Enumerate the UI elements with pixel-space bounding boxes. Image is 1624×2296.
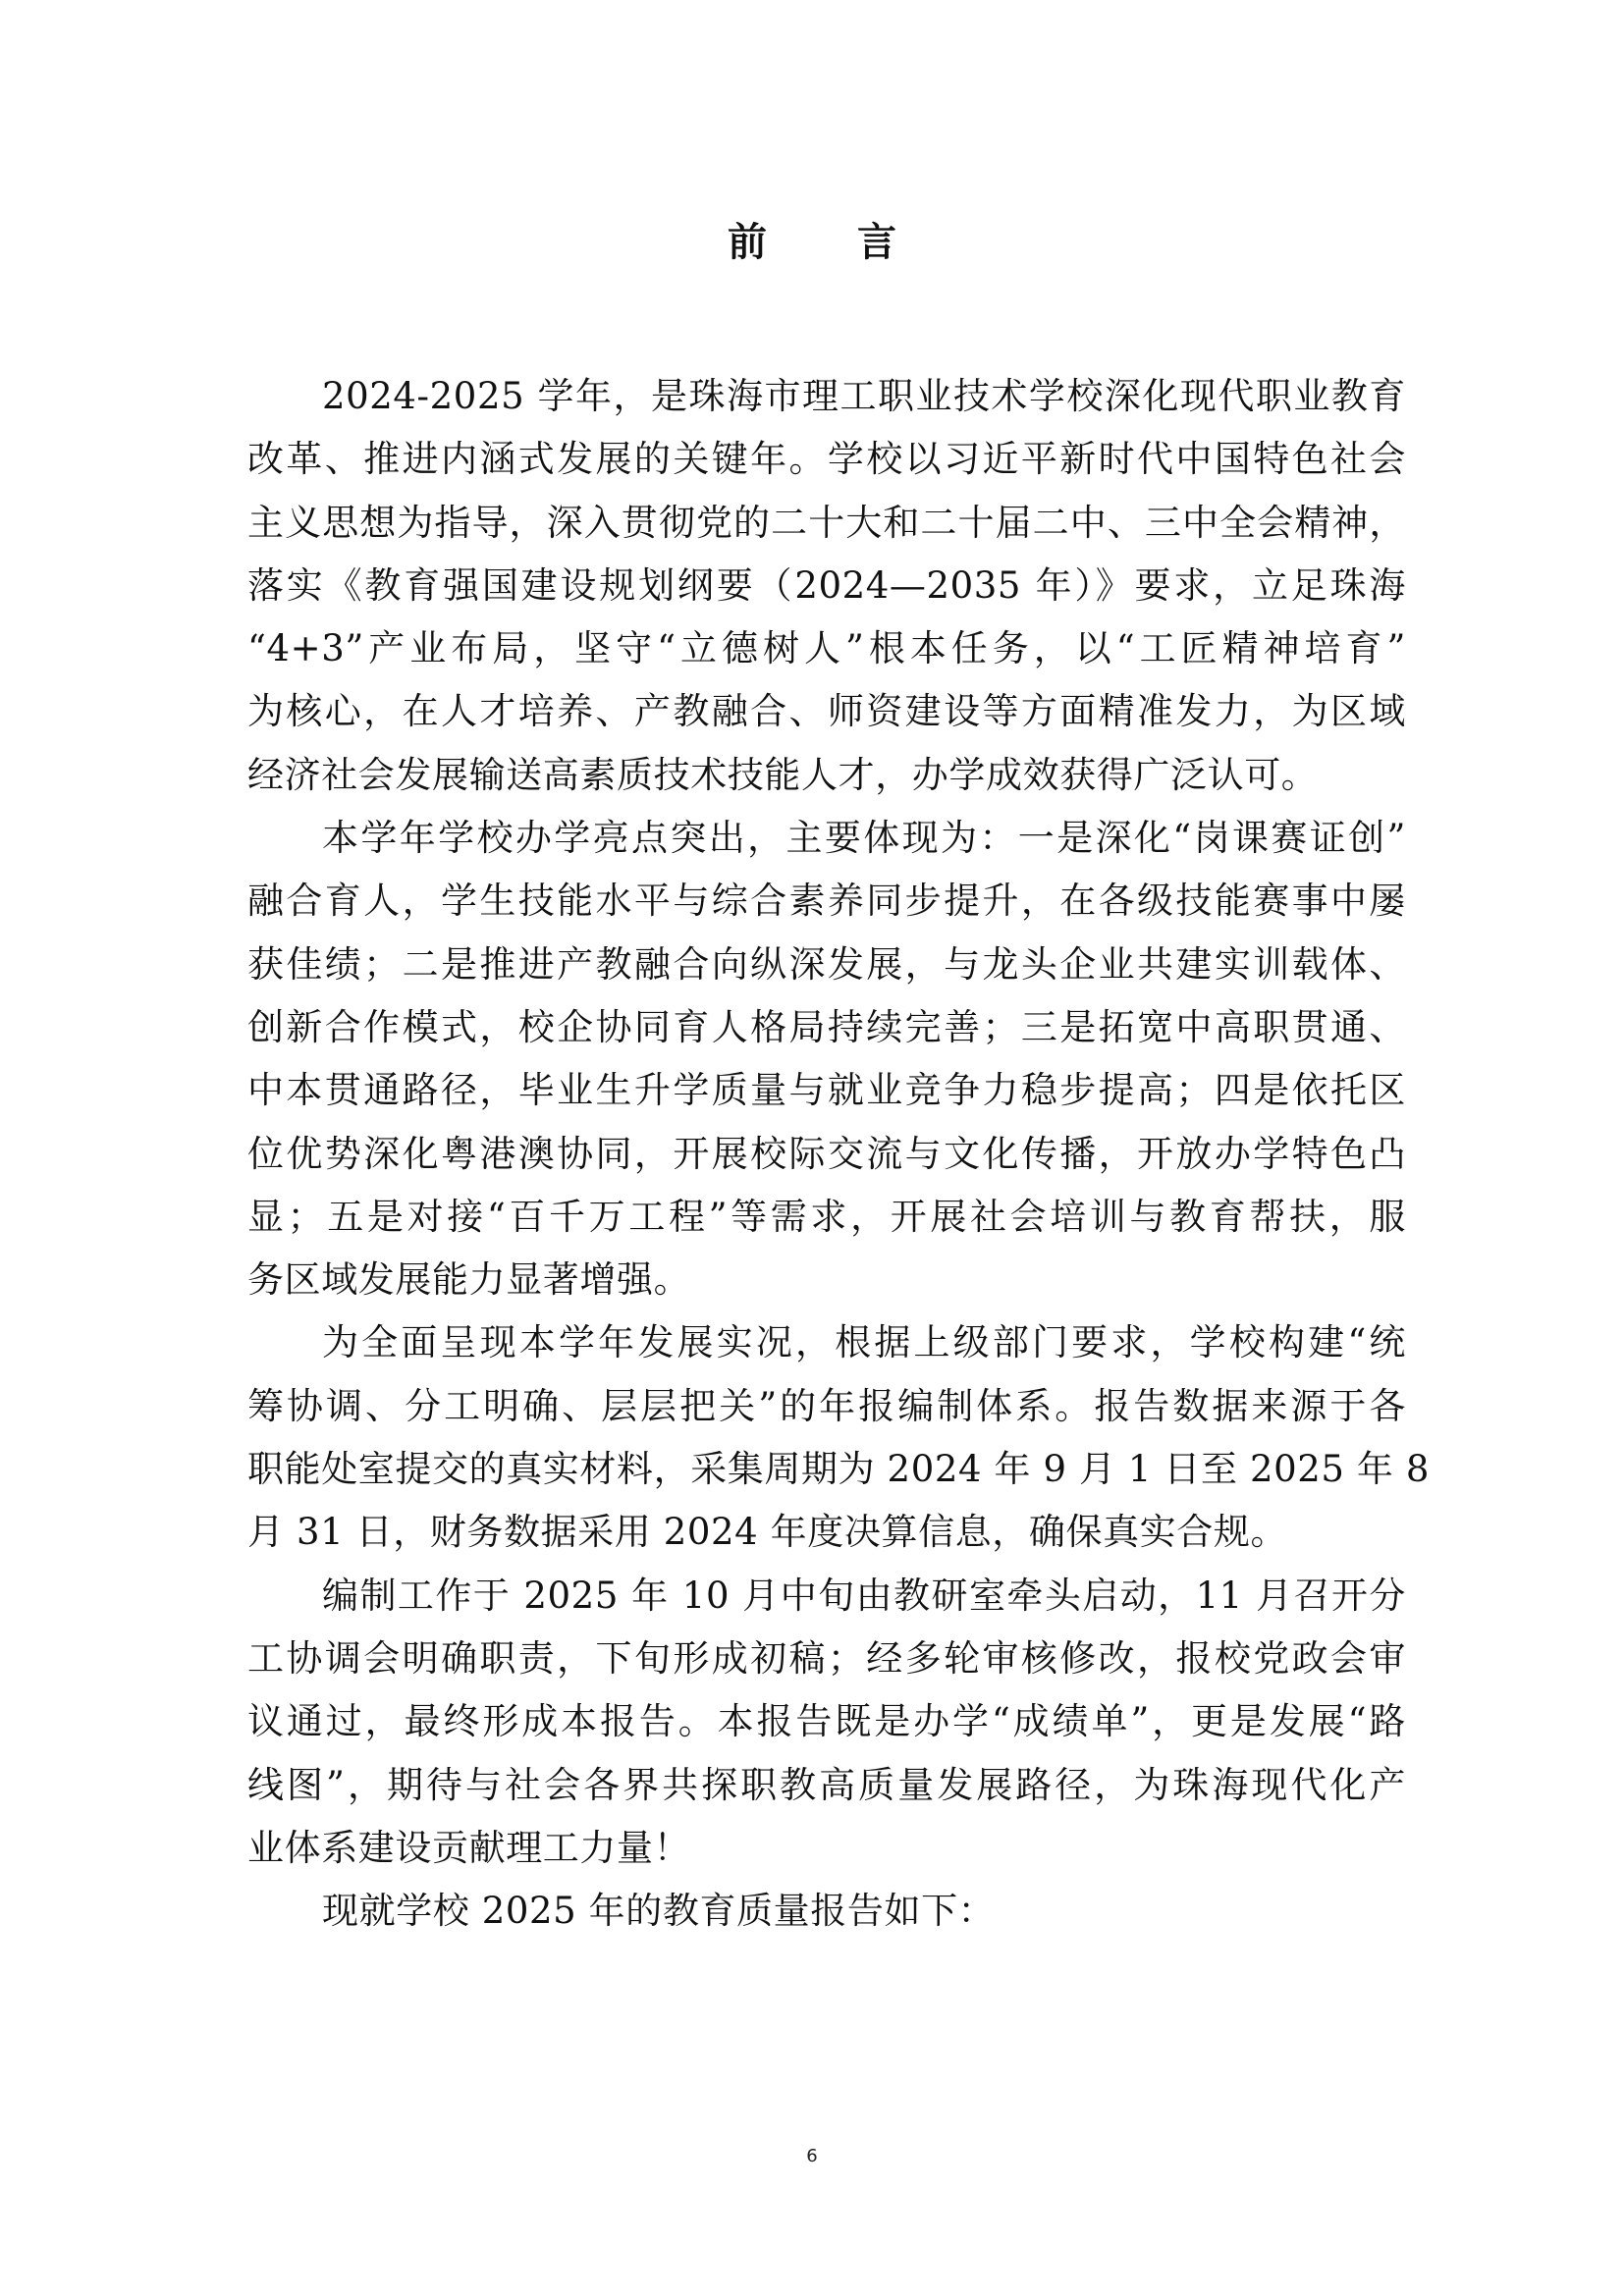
text-line: 获佳绩；二是推进产教融合向纵深发展，与龙头企业共建实训载体、 [247, 934, 1406, 996]
text-line: 职能处室提交的真实材料，采集周期为 2024 年 9 月 1 日至 2025 年… [247, 1438, 1406, 1501]
paragraph-intro: 2024-2025 学年，是珠海市理工职业技术学校深化现代职业教育 改革、推进内… [247, 365, 1406, 807]
text-line: 务区域发展能力显著增强。 [247, 1249, 1406, 1311]
text-line: 显；五是对接“百千万工程”等需求，开展社会培训与教育帮扶，服 [247, 1186, 1406, 1249]
paragraph-closing: 现就学校 2025 年的教育质量报告如下： [247, 1880, 1406, 1943]
text-line: 议通过，最终形成本报告。本报告既是办学“成绩单”，更是发展“路 [247, 1690, 1406, 1753]
text-line: 2024-2025 学年，是珠海市理工职业技术学校深化现代职业教育 [247, 365, 1406, 428]
document-page: 前言 2024-2025 学年，是珠海市理工职业技术学校深化现代职业教育 改革、… [0, 0, 1624, 2296]
title-char-2: 言 [857, 211, 896, 267]
text-line: 线图”，期待与社会各界共探职教高质量发展路径，为珠海现代化产 [247, 1754, 1406, 1817]
text-line: 经济社会发展输送高素质技术技能人才，办学成效获得广泛认可。 [247, 744, 1406, 807]
text-line: 工协调会明确职责，下旬形成初稿；经多轮审核修改，报校党政会审 [247, 1628, 1406, 1690]
text-line: 筹协调、分工明确、层层把关”的年报编制体系。报告数据来源于各 [247, 1375, 1406, 1438]
text-line: 业体系建设贡献理工力量！ [247, 1817, 1406, 1880]
text-line: 本学年学校办学亮点突出，主要体现为：一是深化“岗课赛证创” [247, 807, 1406, 870]
text-line: 编制工作于 2025 年 10 月中旬由教研室牵头启动，11 月召开分 [247, 1565, 1406, 1628]
title-char-1: 前 [728, 211, 767, 267]
text-line: 位优势深化粤港澳协同，开展校际交流与文化传播，开放办学特色凸 [247, 1123, 1406, 1186]
paragraph-data-sources: 为全面呈现本学年发展实况，根据上级部门要求，学校构建“统 筹协调、分工明确、层层… [247, 1311, 1406, 1564]
text-line: 主义思想为指导，深入贯彻党的二十大和二十届二中、三中全会精神， [247, 492, 1406, 555]
paragraph-highlights: 本学年学校办学亮点突出，主要体现为：一是深化“岗课赛证创” 融合育人，学生技能水… [247, 807, 1406, 1311]
text-line: 创新合作模式，校企协同育人格局持续完善；三是拓宽中高职贯通、 [247, 996, 1406, 1059]
text-line: 为全面呈现本学年发展实况，根据上级部门要求，学校构建“统 [247, 1311, 1406, 1374]
text-line: 融合育人，学生技能水平与综合素养同步提升，在各级技能赛事中屡 [247, 870, 1406, 933]
text-line: 中本贯通路径，毕业生升学质量与就业竞争力稳步提高；四是依托区 [247, 1059, 1406, 1122]
text-line: 现就学校 2025 年的教育质量报告如下： [247, 1880, 1406, 1943]
text-line: 改革、推进内涵式发展的关键年。学校以习近平新时代中国特色社会 [247, 428, 1406, 491]
text-line: 为核心，在人才培养、产教融合、师资建设等方面精准发力，为区域 [247, 680, 1406, 743]
text-line: “4+3”产业布局，坚守“立德树人”根本任务，以“工匠精神培育” [247, 617, 1406, 680]
text-line: 月 31 日，财务数据采用 2024 年度决算信息，确保真实合规。 [247, 1501, 1406, 1564]
page-number: 6 [0, 2146, 1624, 2166]
paragraph-compilation: 编制工作于 2025 年 10 月中旬由教研室牵头启动，11 月召开分 工协调会… [247, 1565, 1406, 1880]
text-line: 落实《教育强国建设规划纲要（2024—2035 年）》要求，立足珠海 [247, 555, 1406, 617]
document-body: 2024-2025 学年，是珠海市理工职业技术学校深化现代职业教育 改革、推进内… [247, 365, 1406, 1943]
page-title: 前言 [0, 211, 1624, 267]
